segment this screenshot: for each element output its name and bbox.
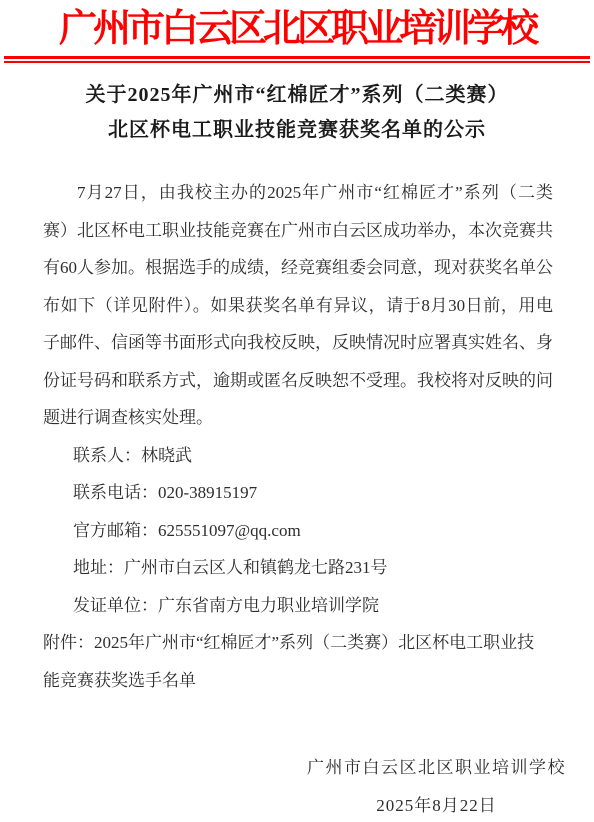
- notice-document-page: 广州市白云区北区职业培训学校 关于2025年广州市“红棉匠才”系列（二类赛） 北…: [0, 0, 594, 822]
- issue-date: 2025年8月22日: [307, 787, 566, 822]
- body-paragraph-line: 题进行调查核实处理。: [43, 399, 553, 437]
- contact-info-line: 联系电话：020-38915197: [73, 474, 553, 512]
- body-paragraph-line: 子邮件、信函等书面形式向我校反映，反映情况时应署真实姓名、身: [43, 324, 553, 362]
- document-body: 7月27日，由我校主办的2025年广州市“红棉匠才”系列（二类赛）北区杯电工职业…: [43, 174, 553, 699]
- attachment-note: 附件：2025年广州市“红棉匠才”系列（二类赛）北区杯电工职业技能竞赛获奖选手名…: [43, 624, 553, 699]
- attachment-note-line: 能竞赛获奖选手名单: [43, 662, 553, 700]
- signature-inner: 广州市白云区北区职业培训学校 2025年8月22日: [307, 749, 566, 822]
- letterhead-school-name: 广州市白云区北区职业培训学校: [0, 0, 594, 53]
- letterhead-double-rule: [4, 56, 590, 63]
- contact-info-line: 官方邮箱：625551097@qq.com: [73, 512, 553, 550]
- issuer-name: 广州市白云区北区职业培训学校: [307, 749, 566, 787]
- body-paragraph-line: 份证号码和联系方式，逾期或匿名反映恕不受理。我校将对反映的问: [43, 362, 553, 400]
- body-paragraph-line: 7月27日，由我校主办的2025年广州市“红棉匠才”系列（二类: [43, 174, 553, 212]
- contact-info-line: 联系人：林晓武: [73, 437, 553, 475]
- attachment-note-line: 附件：2025年广州市“红棉匠才”系列（二类赛）北区杯电工职业技: [43, 624, 553, 662]
- body-paragraph-line: 有60人参加。根据选手的成绩，经竞赛组委会同意，现对获奖名单公: [43, 249, 553, 287]
- contact-info-line: 发证单位：广东省南方电力职业培训学院: [73, 587, 553, 625]
- body-paragraph-line: 布如下（详见附件）。如果获奖名单有异议，请于8月30日前，用电: [43, 287, 553, 325]
- contact-info-line: 地址：广州市白云区人和镇鹤龙七路231号: [73, 549, 553, 587]
- contact-info-block: 联系人：林晓武联系电话：020-38915197官方邮箱：625551097@q…: [43, 437, 553, 625]
- body-paragraph-line: 赛）北区杯电工职业技能竞赛在广州市白云区成功举办，本次竞赛共: [43, 212, 553, 250]
- document-title: 关于2025年广州市“红棉匠才”系列（二类赛） 北区杯电工职业技能竞赛获奖名单的…: [0, 78, 594, 148]
- body-paragraph: 7月27日，由我校主办的2025年广州市“红棉匠才”系列（二类赛）北区杯电工职业…: [43, 174, 553, 437]
- signature-block: 广州市白云区北区职业培训学校 2025年8月22日: [0, 749, 566, 822]
- document-title-line2: 北区杯电工职业技能竞赛获奖名单的公示: [0, 113, 594, 148]
- document-title-line1: 关于2025年广州市“红棉匠才”系列（二类赛）: [0, 78, 594, 113]
